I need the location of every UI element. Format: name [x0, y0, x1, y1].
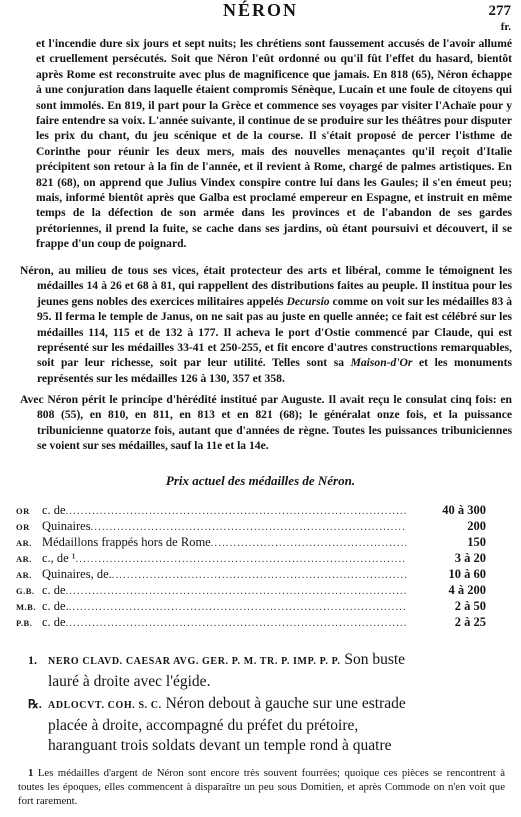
page-number: 277 — [489, 3, 512, 20]
paragraph-text: Néron, au milieu de tous ses vices, étai… — [20, 263, 512, 386]
price-row: P.B. c. de 2 à 25 — [16, 614, 486, 630]
price-section-title: Prix actuel des médailles de Néron. — [0, 473, 521, 489]
price-table: OR c. de 40 à 300 OR Quinaires 200 AR. M… — [16, 502, 486, 630]
price-row: AR. Médaillons frappés hors de Rome 150 — [16, 534, 486, 550]
item-price: 40 à 300 — [412, 502, 486, 518]
reverse-symbol: ℞. — [28, 694, 48, 714]
metal-label: AR. — [16, 567, 42, 582]
price-row: AR. Quinaires, de. 10 à 60 — [16, 566, 486, 582]
page-title: NÉRON — [0, 0, 521, 21]
term-decursio: Decursio — [286, 295, 329, 308]
currency-unit-label: fr. — [501, 21, 511, 33]
metal-label: P.B. — [16, 615, 42, 630]
paragraph-succession: Avec Néron périt le principe d'hérédité … — [20, 389, 512, 454]
metal-label: AR. — [16, 535, 42, 550]
item-description: Quinaires — [42, 518, 91, 534]
item-price: 2 à 50 — [412, 598, 486, 614]
metal-label: OR — [16, 503, 42, 518]
coin-obverse: 1.NERO CLAVD. CAESAR AVG. GER. P. M. TR.… — [28, 650, 418, 692]
footnote-text: 1 Les médailles d'argent de Néron sont e… — [18, 766, 505, 808]
item-description: c. de. — [42, 598, 69, 614]
price-row: M.B. c. de. 2 à 50 — [16, 598, 486, 614]
coin-legend: NERO CLAVD. CAESAR AVG. GER. P. M. TR. P… — [48, 656, 340, 667]
item-price: 3 à 20 — [412, 550, 486, 566]
item-description: c. de — [42, 614, 66, 630]
footnote: 1 Les médailles d'argent de Néron sont e… — [18, 766, 505, 808]
dot-leader — [66, 504, 406, 518]
item-price: 2 à 25 — [412, 614, 486, 630]
paragraph-text: et l'incendie dure six jours et sept nui… — [36, 36, 512, 252]
price-row: G.B. c. de 4 à 200 — [16, 582, 486, 598]
page-header: NÉRON 277 fr. — [0, 0, 521, 40]
item-description: c. de — [42, 502, 66, 518]
metal-label: AR. — [16, 551, 42, 566]
paragraph-patronage: Néron, au milieu de tous ses vices, étai… — [20, 260, 512, 386]
dot-leader — [69, 600, 406, 614]
metal-label: G.B. — [16, 583, 42, 598]
price-row: OR Quinaires 200 — [16, 518, 486, 534]
dot-leader — [66, 584, 406, 598]
item-description: Médaillons frappés hors de Rome — [42, 534, 211, 550]
item-description: c. de — [42, 582, 66, 598]
dot-leader — [91, 520, 406, 534]
coin-reverse: ℞.ADLOCVT. COH. S. C. Néron debout à gau… — [28, 694, 418, 756]
coin-legend: ADLOCVT. COH. S. C. — [48, 700, 162, 711]
item-price: 200 — [412, 518, 486, 534]
dot-leader — [112, 568, 406, 582]
price-row: AR. c., de ¹ 3 à 20 — [16, 550, 486, 566]
dot-leader — [76, 552, 406, 566]
item-description: c., de ¹ — [42, 550, 76, 566]
item-price: 10 à 60 — [412, 566, 486, 582]
coin-number: 1. — [28, 650, 48, 670]
dot-leader — [211, 536, 406, 550]
item-price: 150 — [412, 534, 486, 550]
coin-catalog-entry: 1.NERO CLAVD. CAESAR AVG. GER. P. M. TR.… — [28, 650, 418, 758]
dot-leader — [66, 616, 406, 630]
item-description: Quinaires, de. — [42, 566, 112, 582]
metal-label: M.B. — [16, 599, 42, 614]
item-price: 4 à 200 — [412, 582, 486, 598]
term-maison-dor: Maison-d'Or — [351, 356, 413, 369]
paragraph-history-continued: et l'incendie dure six jours et sept nui… — [36, 36, 512, 252]
paragraph-text: Avec Néron périt le principe d'hérédité … — [20, 392, 512, 454]
price-row: OR c. de 40 à 300 — [16, 502, 486, 518]
metal-label: OR — [16, 519, 42, 534]
footnote-body: Les médailles d'argent de Néron sont enc… — [18, 767, 505, 807]
